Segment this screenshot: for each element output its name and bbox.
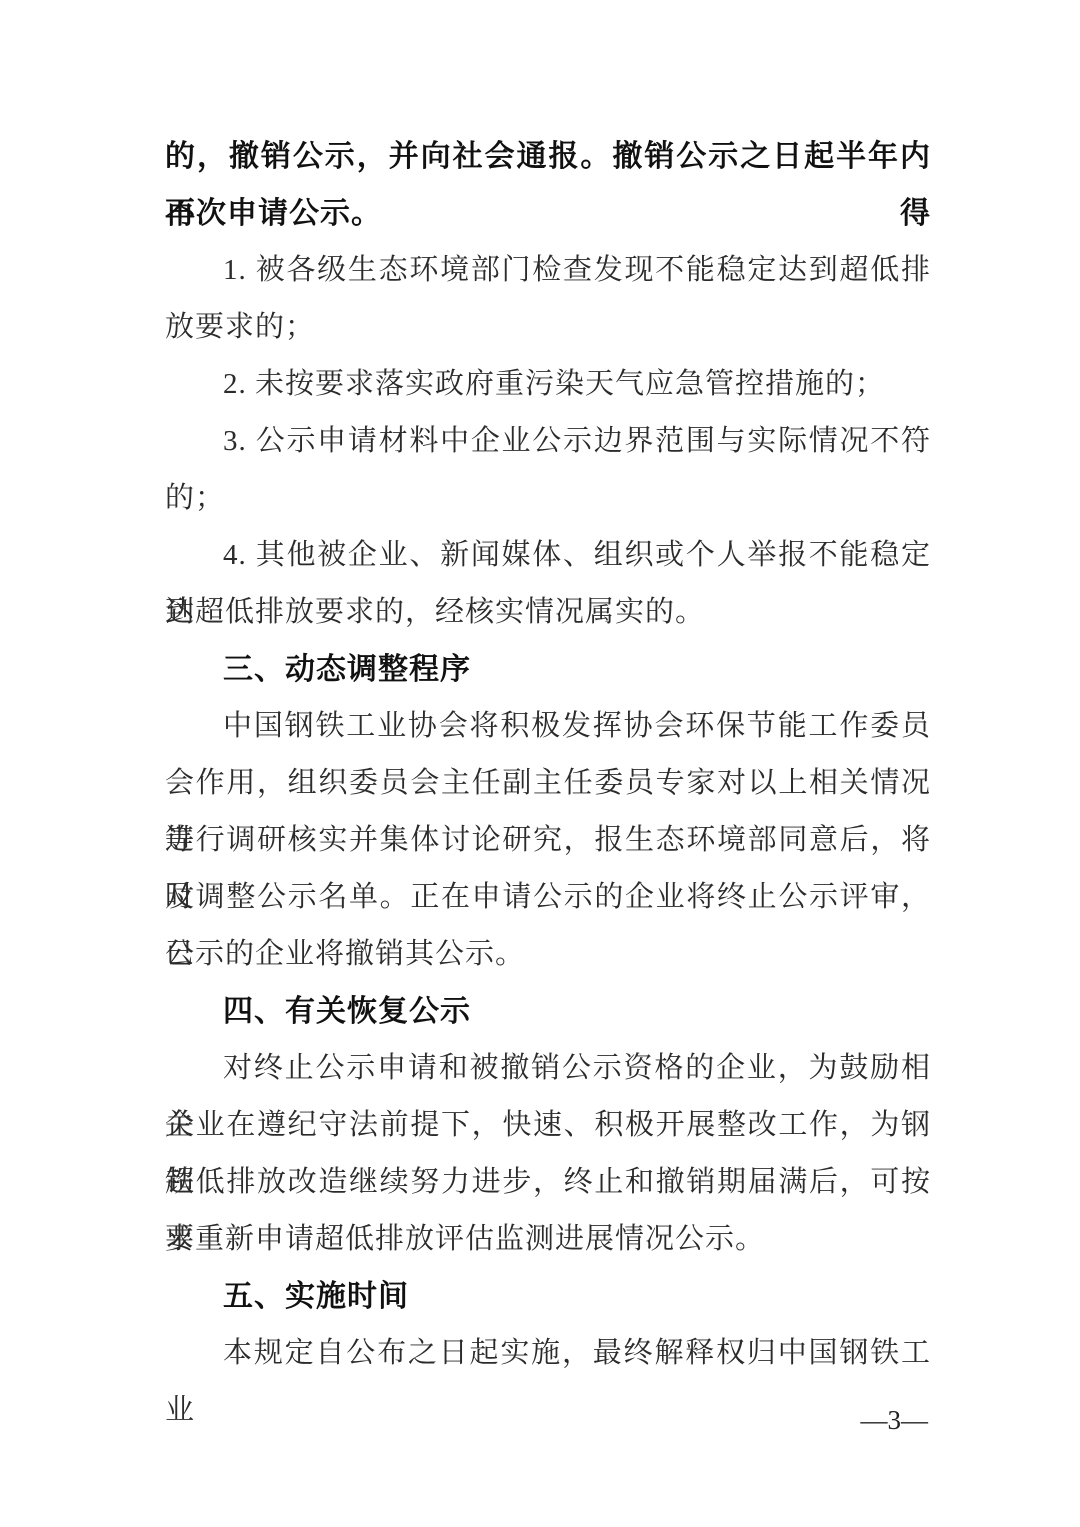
- list-item-line: 放要求的；: [165, 299, 931, 356]
- intro-bold-line: 的，撤销公示，并向社会通报。撤销公示之日起半年内不得: [165, 128, 931, 185]
- list-item-line: 2. 未按要求落实政府重污染天气应急管控措施的；: [165, 356, 931, 413]
- paragraph-line: 公示的企业将撤销其公示。: [165, 926, 931, 983]
- paragraph-line: 中国钢铁工业协会将积极发挥协会环保节能工作委员: [165, 698, 931, 755]
- paragraph-line: 超低排放改造继续努力进步，终止和撤销期届满后，可按要: [165, 1154, 931, 1211]
- paragraph-line: 求重新申请超低排放评估监测进展情况公示。: [165, 1211, 931, 1268]
- paragraph-line: 进行调研核实并集体讨论研究，报生态环境部同意后，将及: [165, 812, 931, 869]
- page-number: —3—: [861, 1405, 929, 1436]
- paragraph-line: 企业在遵纪守法前提下，快速、积极开展整改工作，为钢铁: [165, 1097, 931, 1154]
- list-item-line: 的；: [165, 470, 931, 527]
- paragraph-line: 会作用，组织委员会主任副主任委员专家对以上相关情况等: [165, 755, 931, 812]
- list-item-line: 3. 公示申请材料中企业公示边界范围与实际情况不符: [165, 413, 931, 470]
- section-heading: 三、动态调整程序: [165, 641, 931, 698]
- paragraph-line: 对终止公示申请和被撤销公示资格的企业，为鼓励相关: [165, 1040, 931, 1097]
- document-content: 的，撤销公示，并向社会通报。撤销公示之日起半年内不得 再次申请公示。 1. 被各…: [165, 128, 931, 1382]
- section-heading: 五、实施时间: [165, 1268, 931, 1325]
- section-heading: 四、有关恢复公示: [165, 983, 931, 1040]
- paragraph-line: 时调整公示名单。正在申请公示的企业将终止公示评审，已: [165, 869, 931, 926]
- document-page: 的，撤销公示，并向社会通报。撤销公示之日起半年内不得 再次申请公示。 1. 被各…: [0, 0, 1080, 1527]
- list-item-line: 1. 被各级生态环境部门检查发现不能稳定达到超低排: [165, 242, 931, 299]
- list-item-line: 到超低排放要求的，经核实情况属实的。: [165, 584, 931, 641]
- paragraph-line: 本规定自公布之日起实施，最终解释权归中国钢铁工业: [165, 1325, 931, 1382]
- list-item-line: 4. 其他被企业、新闻媒体、组织或个人举报不能稳定达: [165, 527, 931, 584]
